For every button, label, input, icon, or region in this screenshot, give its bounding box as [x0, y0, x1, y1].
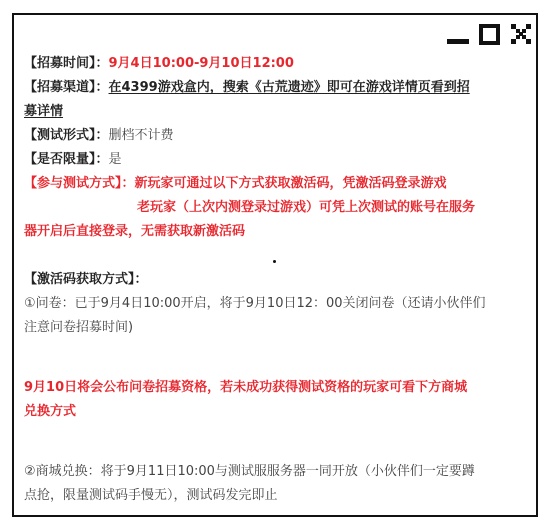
participation-label: 【参与测试方式】：	[24, 176, 135, 191]
recruit-channel-row: 【招募渠道】：在4399游戏盒内，搜索《古荒遗迹》即可在游戏详情页看到招	[24, 76, 526, 100]
test-form-row: 【测试形式】：删档不计费	[24, 124, 526, 148]
test-form-value: 删档不计费	[109, 128, 174, 143]
limited-label: 【是否限量】：	[24, 152, 109, 167]
shop-text-cont: 点抢，限量测试码手慢无），测试码发完即止	[24, 488, 278, 503]
activation-header-row: 【激活码获取方式】：	[24, 268, 526, 292]
participation-old-players-cont: 器开启后直接登录，无需获取新激活码	[24, 224, 245, 239]
survey-row-cont: 注意问卷招募时间)	[24, 316, 526, 340]
survey-row: ①问卷：已于9月4日10:00开启，将于9月10日12：00关闭问卷（还请小伙伴…	[24, 292, 526, 316]
spacer	[24, 244, 526, 268]
recruit-time-label: 【招募时间】：	[24, 56, 109, 71]
recruit-channel-label: 【招募渠道】：	[24, 80, 109, 95]
close-icon-glyph	[510, 23, 532, 45]
notice-row: 9月10日将会公布问卷招募资格，若未成功获得测试资格的玩家可看下方商城	[24, 376, 526, 400]
notice-text: 9月10日将会公布问卷招募资格，若未成功获得测试资格的玩家可看下方商城	[24, 380, 467, 395]
notice-text-cont: 兑换方式	[24, 404, 76, 419]
spacer	[24, 424, 526, 448]
recruit-time-row: 【招募时间】：9月4日10:00-9月10日12:00	[24, 52, 526, 76]
participation-new-players: 新玩家可通过以下方式获取激活码，凭激活码登录游戏	[135, 176, 447, 191]
spacer	[24, 448, 526, 460]
shop-text: ②商城兑换：将于9月11日10:00与测试服服务器一同开放（小伙伴们一定要蹲	[24, 464, 475, 479]
survey-text: ①问卷：已于9月4日10:00开启，将于9月10日12：00关闭问卷（还请小伙伴…	[24, 296, 486, 311]
participation-row: 【参与测试方式】：新玩家可通过以下方式获取激活码，凭激活码登录游戏	[24, 172, 526, 196]
recruit-channel-row-cont: 募详情	[24, 100, 526, 124]
survey-text-cont: 注意问卷招募时间)	[24, 320, 133, 335]
window-controls	[447, 21, 532, 47]
recruit-time-value: 9月4日10:00-9月10日12:00	[109, 56, 294, 71]
maximize-icon[interactable]	[479, 24, 500, 45]
limited-row: 【是否限量】：是	[24, 148, 526, 172]
shop-row-cont: 点抢，限量测试码手慢无），测试码发完即止	[24, 484, 526, 508]
announcement-content: 【招募时间】：9月4日10:00-9月10日12:00 【招募渠道】：在4399…	[24, 52, 526, 508]
participation-old-row: 老玩家（上次内测登录过游戏）可凭上次测试的账号在服务	[24, 196, 526, 220]
close-icon[interactable]	[510, 23, 532, 45]
shop-row: ②商城兑换：将于9月11日10:00与测试服服务器一同开放（小伙伴们一定要蹲	[24, 460, 526, 484]
recruit-channel-link-cont[interactable]: 募详情	[24, 104, 63, 119]
notice-row-cont: 兑换方式	[24, 400, 526, 424]
spacer	[24, 364, 526, 376]
limited-value: 是	[109, 152, 122, 167]
stray-dot	[273, 260, 276, 263]
test-form-label: 【测试形式】：	[24, 128, 109, 143]
participation-old-row-cont: 器开启后直接登录，无需获取新激活码	[24, 220, 526, 244]
activation-label: 【激活码获取方式】：	[24, 272, 148, 287]
spacer	[24, 340, 526, 364]
minimize-icon[interactable]	[447, 39, 469, 44]
participation-old-players: 老玩家（上次内测登录过游戏）可凭上次测试的账号在服务	[137, 200, 475, 215]
recruit-channel-link[interactable]: 在4399游戏盒内，搜索《古荒遗迹》即可在游戏详情页看到招	[109, 80, 470, 95]
dialog-window: 【招募时间】：9月4日10:00-9月10日12:00 【招募渠道】：在4399…	[12, 13, 538, 517]
